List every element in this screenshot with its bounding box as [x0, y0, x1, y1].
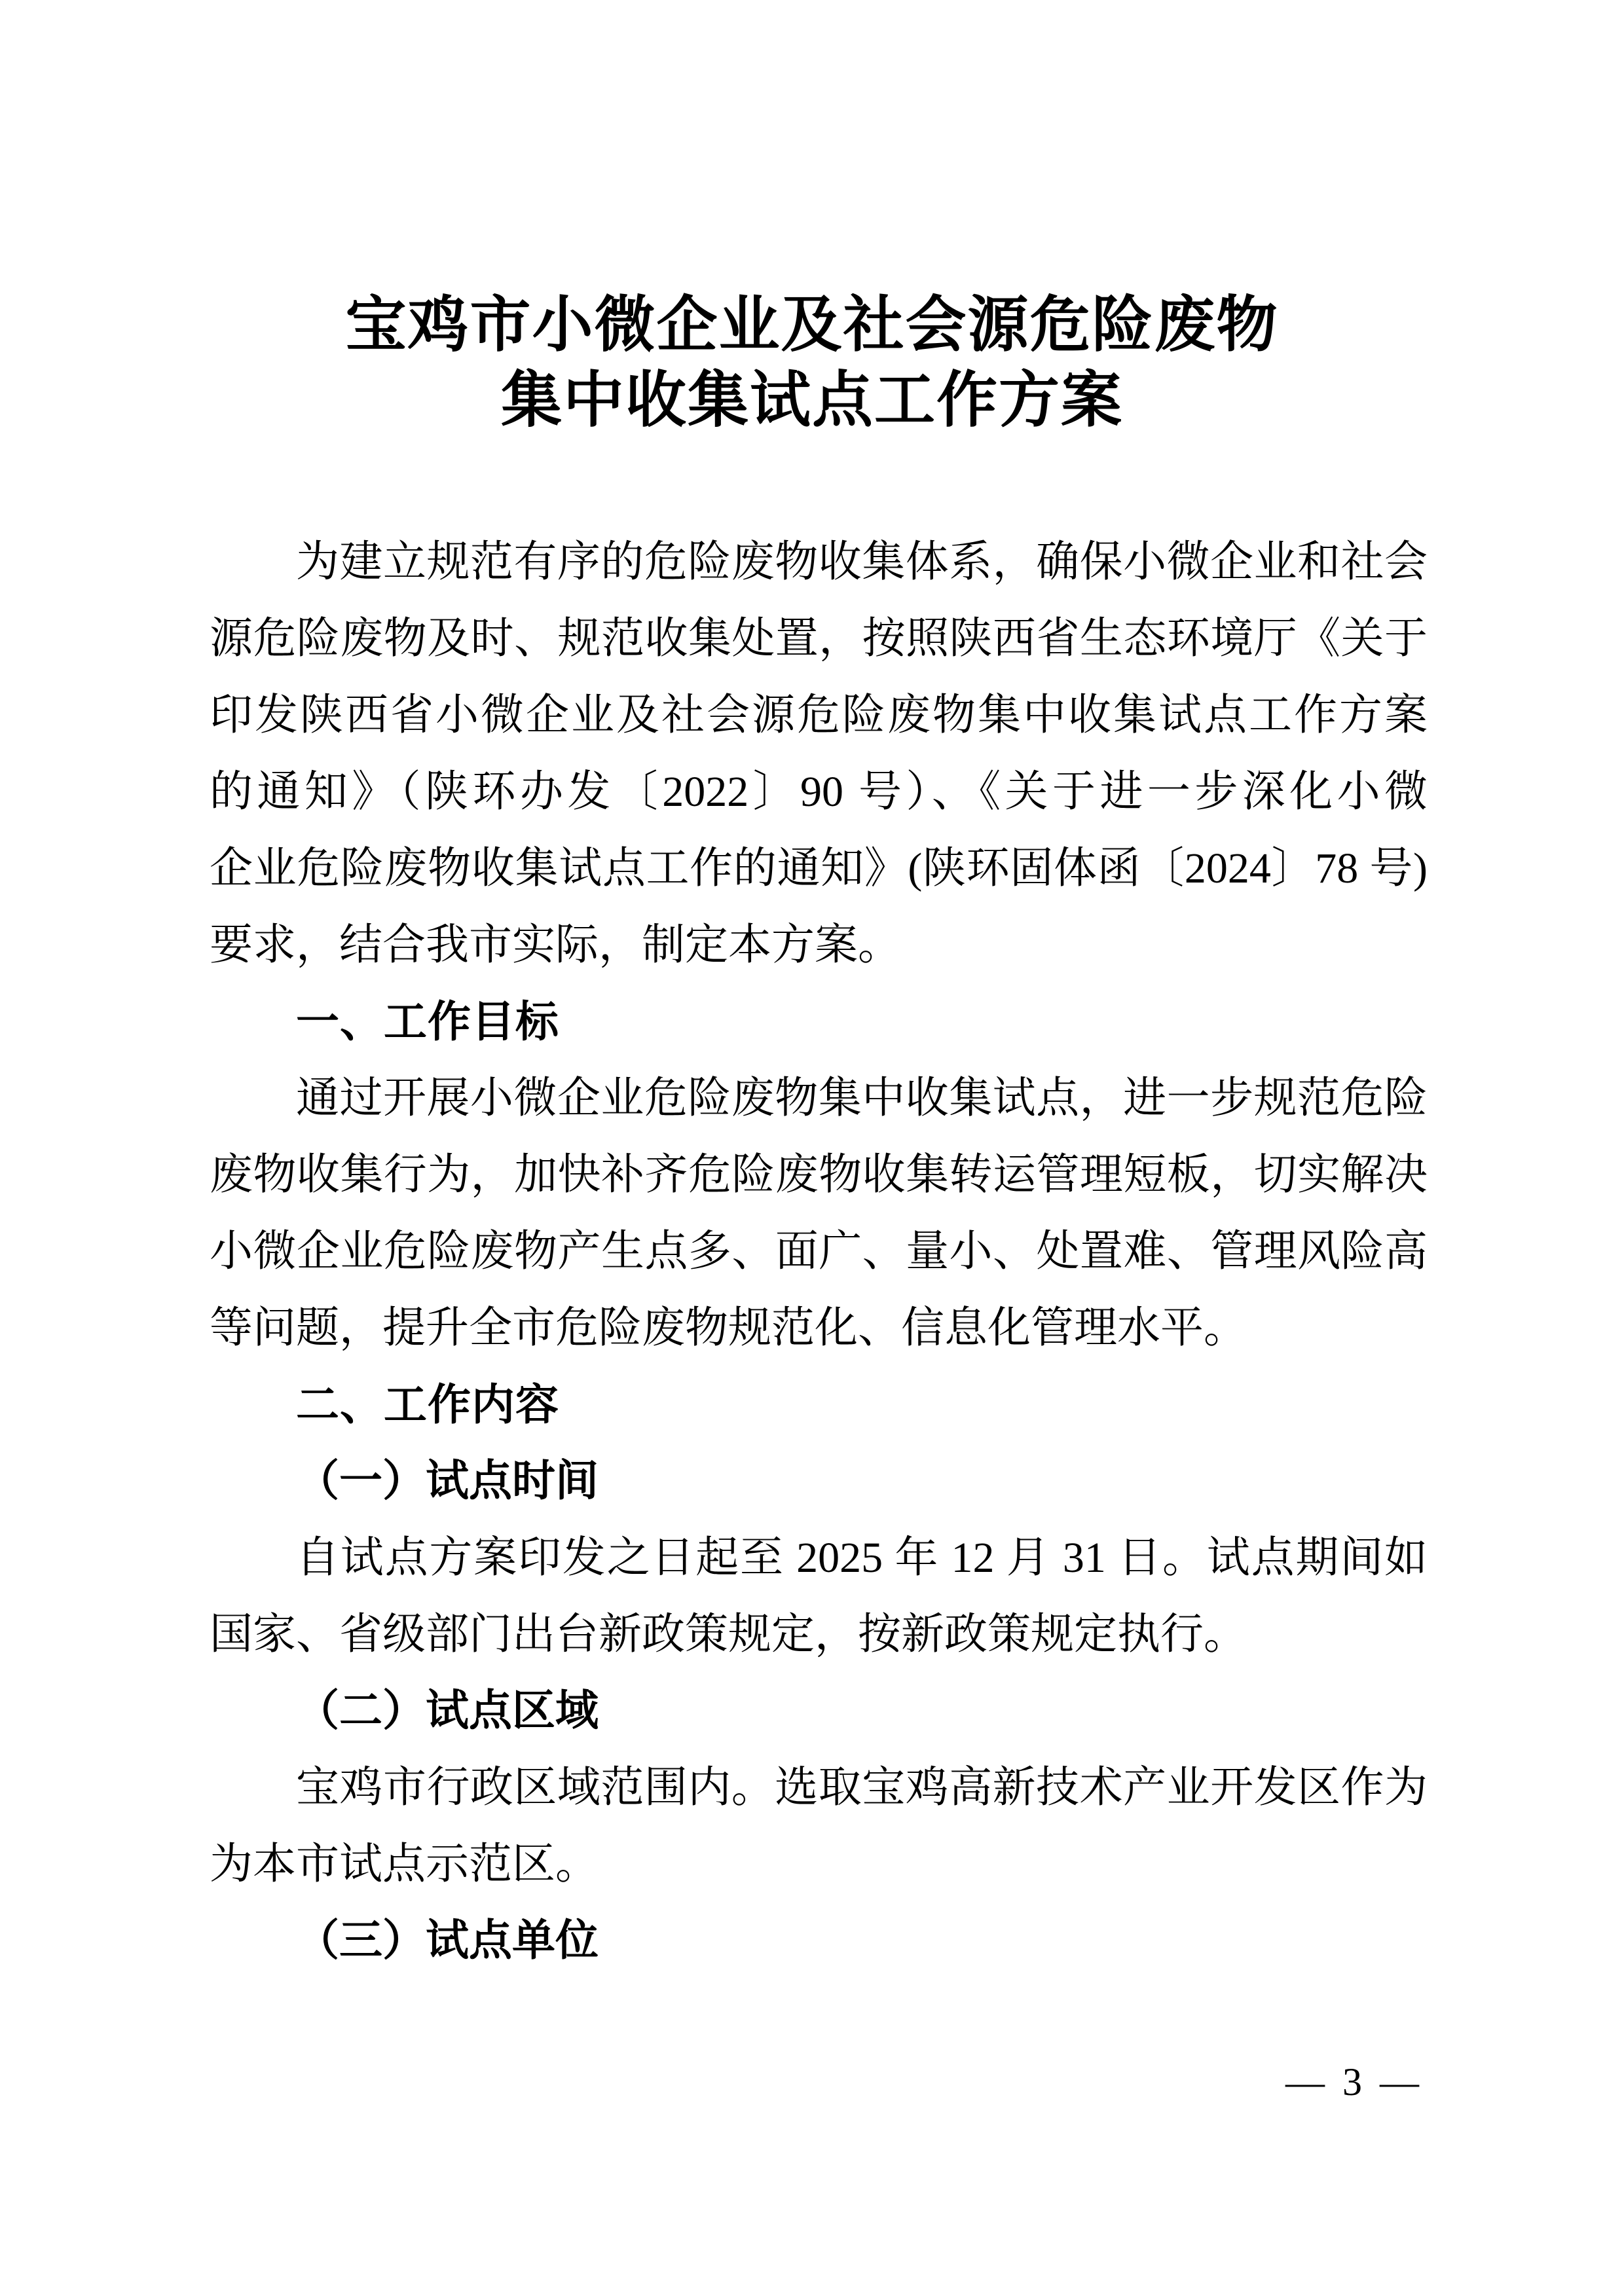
body-line: 自试点方案印发之日起至 2025 年 12 月 31 日。试点期间如 [210, 1520, 1428, 1596]
body-line: 的通知》（陕环办发〔2022〕90 号）、《关于进一步深化小微 [210, 754, 1428, 830]
body-line: 国家、省级部门出台新政策规定，按新政策规定执行。 [210, 1596, 1428, 1673]
page-number: — 3 — [1285, 2062, 1423, 2102]
body-line: 宝鸡市行政区域范围内。选取宝鸡高新技术产业开发区作为 [210, 1749, 1428, 1826]
body-line: 要求，结合我市实际，制定本方案。 [210, 907, 1428, 983]
document-title-line-2: 集中收集试点工作方案 [0, 363, 1624, 439]
section-heading: 二、工作内容 [210, 1366, 1428, 1443]
body-line: 为建立规范有序的危险废物收集体系，确保小微企业和社会 [210, 524, 1428, 600]
body-line: 源危险废物及时、规范收集处置，按照陕西省生态环境厅《关于 [210, 600, 1428, 677]
document-page: 宝鸡市小微企业及社会源危险废物 集中收集试点工作方案 为建立规范有序的危险废物收… [0, 0, 1624, 2296]
body-line: 小微企业危险废物产生点多、面广、量小、处置难、管理风险高 [210, 1213, 1428, 1290]
body-line: 等问题，提升全市危险废物规范化、信息化管理水平。 [210, 1290, 1428, 1366]
body-line: 企业危险废物收集试点工作的通知》(陕环固体函〔2024〕78 号) [210, 830, 1428, 907]
subsection-heading: （三）试点单位 [210, 1903, 1428, 1979]
subsection-heading: （二）试点区域 [210, 1673, 1428, 1749]
document-title: 宝鸡市小微企业及社会源危险废物 集中收集试点工作方案 [0, 288, 1624, 439]
section-heading: 一、工作目标 [210, 983, 1428, 1060]
document-title-line-1: 宝鸡市小微企业及社会源危险废物 [0, 288, 1624, 363]
document-body: 为建立规范有序的危险废物收集体系，确保小微企业和社会源危险废物及时、规范收集处置… [210, 524, 1428, 1979]
body-line: 废物收集行为，加快补齐危险废物收集转运管理短板，切实解决 [210, 1137, 1428, 1213]
subsection-heading: （一）试点时间 [210, 1443, 1428, 1520]
body-line: 印发陕西省小微企业及社会源危险废物集中收集试点工作方案 [210, 677, 1428, 754]
body-line: 通过开展小微企业危险废物集中收集试点，进一步规范危险 [210, 1060, 1428, 1137]
body-line: 为本市试点示范区。 [210, 1826, 1428, 1903]
